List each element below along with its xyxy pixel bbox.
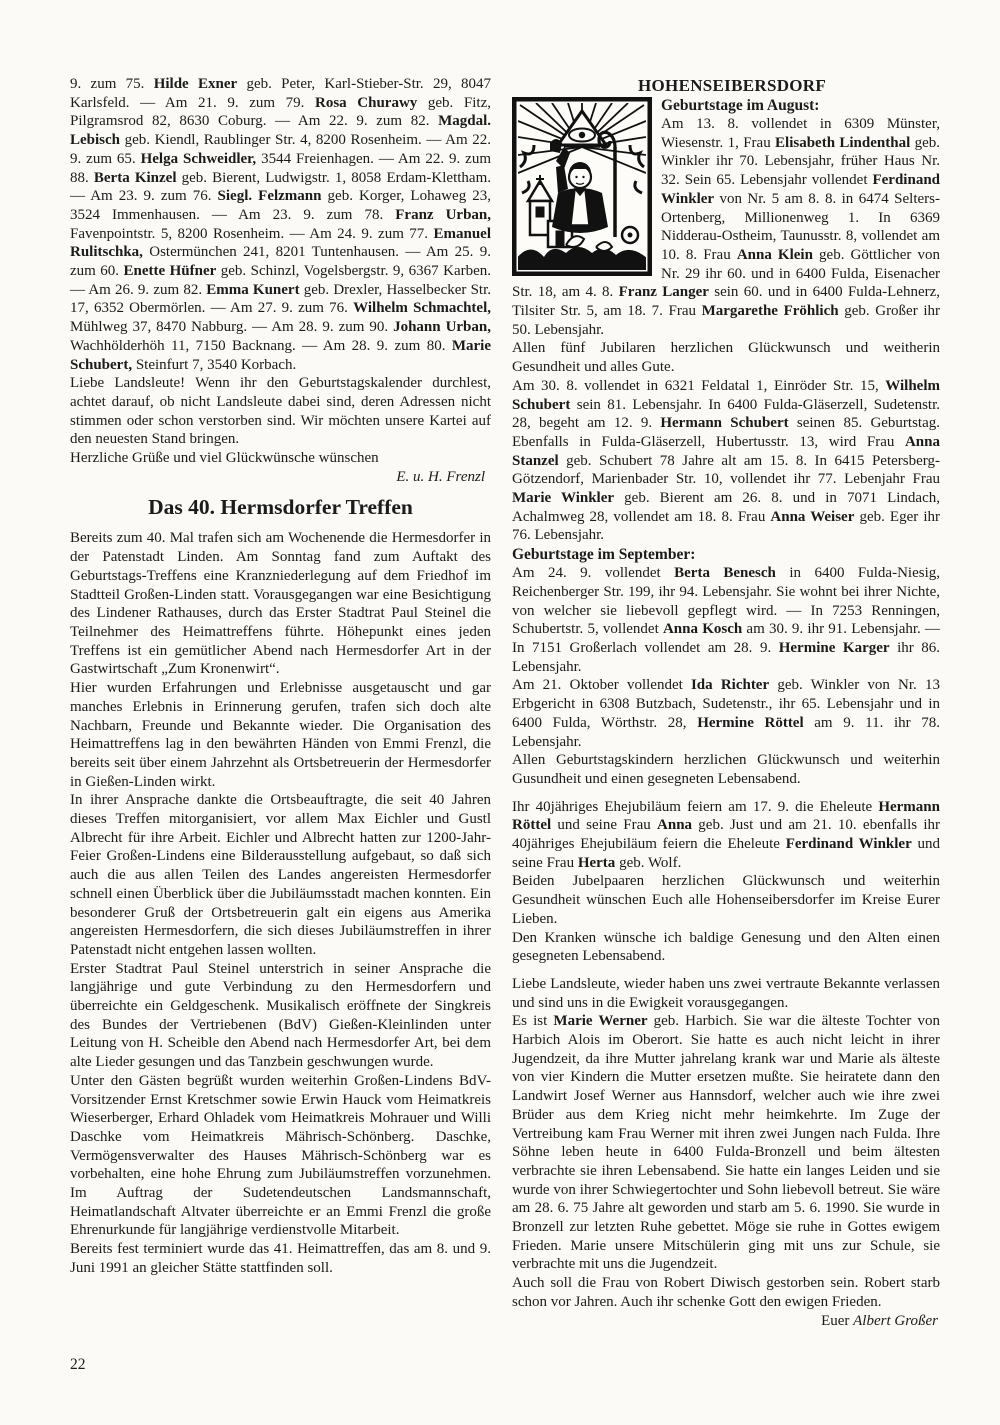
october-birthdays: Am 21. Oktober vollendet Ida Richter geb… [512, 676, 940, 751]
article-title: Das 40. Hermsdorfer Treffen [70, 494, 491, 520]
obituary-intro: Liebe Landsleute, wieder haben uns zwei … [512, 975, 940, 1012]
left-column: 9. zum 75. Hilde Exner geb. Peter, Karl-… [70, 75, 491, 1278]
anniversaries: Ihr 40jähriges Ehejubiläum feiern am 17.… [512, 798, 940, 873]
woodcut-priest-allseeing-eye-image [512, 97, 652, 276]
article-paragraph-4: Erster Stadtrat Paul Steinel unterstrich… [70, 960, 491, 1072]
page-number: 22 [70, 1356, 86, 1374]
article-paragraph-2: Hier wurden Erfahrungen und Erlebnisse a… [70, 679, 491, 791]
signature-grosser: Euer Albert Großer [821, 1312, 940, 1331]
birthday-list: 9. zum 75. Hilde Exner geb. Peter, Karl-… [70, 75, 491, 374]
article-paragraph-3: In ihrer Ansprache dankte die Ortsbeauft… [70, 791, 491, 959]
birthday-wish: Allen Geburtstagskindern herzlichen Glüc… [512, 751, 940, 788]
greeting-line: Herzliche Grüße und viel Glückwünsche wü… [70, 449, 491, 468]
sick-wish: Den Kranken wünsche ich baldige Genesung… [512, 929, 940, 966]
newsletter-page: 9. zum 75. Hilde Exner geb. Peter, Karl-… [0, 0, 1000, 1425]
woodcut-illustration [512, 97, 652, 276]
september-heading: Geburtstage im September: [512, 545, 940, 564]
section-title-hohenseibersdorf: HOHENSEIBERSDORF [638, 76, 940, 96]
anniversaries-wish: Beiden Jubelpaaren herzlichen Glückwunsc… [512, 872, 940, 928]
august-more-birthdays: Am 30. 8. vollendet in 6321 Feldatal 1, … [512, 377, 940, 545]
september-birthdays: Am 24. 9. vollendet Berta Benesch in 640… [512, 564, 940, 676]
article-paragraph-5: Unter den Gästen begrüßt wurden weiterhi… [70, 1072, 491, 1240]
august-wish: Allen fünf Jubilaren herzlichen Glückwun… [512, 339, 940, 376]
obituary-diwisch-text: Auch soll die Frau von Robert Diwisch ge… [512, 1275, 940, 1310]
signature-frenzl: E. u. H. Frenzl [70, 468, 491, 487]
right-column: HOHENSEIBERSDORF [512, 76, 940, 1330]
obituary-diwisch: Auch soll die Frau von Robert Diwisch ge… [512, 1274, 940, 1311]
article-paragraph-6: Bereits fest terminiert wurde das 41. He… [70, 1240, 491, 1277]
article-paragraph-1: Bereits zum 40. Mal trafen sich am Woche… [70, 529, 491, 679]
address-notice: Liebe Landsleute! Wenn ihr den Geburtsta… [70, 374, 491, 449]
obituary-marie: Es ist Marie Werner geb. Harbich. Sie wa… [512, 1012, 940, 1274]
